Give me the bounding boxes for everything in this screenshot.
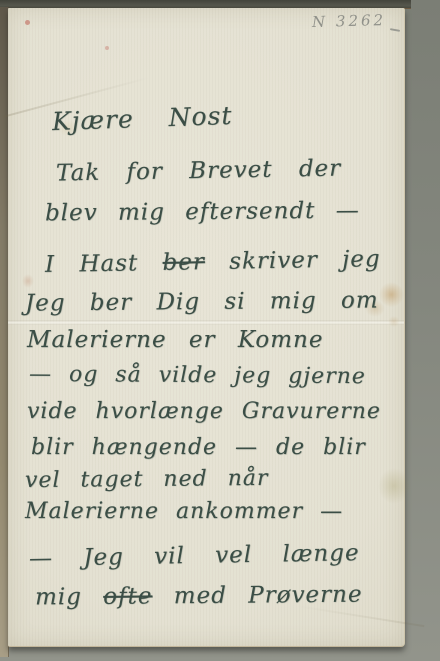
- handwriting-segment: med Prøverne: [152, 582, 362, 610]
- ink-speck: [105, 46, 109, 50]
- foxing-stain: [378, 468, 410, 504]
- struck-word: ofte: [103, 583, 152, 609]
- handwriting-line: Malerierne ankommer —: [25, 499, 343, 524]
- handwriting-line: Jeg ber Dig si mig om: [25, 287, 379, 316]
- foxing-stain: [388, 316, 400, 327]
- letter-photograph: N 3262 Kjære Nost Tak for Brevet der ble…: [0, 0, 440, 661]
- handwriting-line: — og så vilde jeg gjerne: [29, 362, 366, 389]
- struck-word: ber: [162, 249, 205, 276]
- horizontal-fold-crease: [8, 320, 404, 325]
- handwriting-segment: mig: [35, 584, 103, 611]
- foxing-stain: [22, 274, 34, 288]
- handwriting-line: mig ofte med Prøverne: [35, 582, 363, 611]
- handwriting-line: vide hvorlænge Gravurerne: [27, 399, 381, 424]
- handwriting-line: vel taget ned når: [25, 466, 269, 493]
- handwriting-line: blev mig eftersendt —: [45, 198, 360, 227]
- handwriting-line: blir hængende — de blir: [31, 435, 366, 460]
- handwriting-line: Tak for Brevet der: [56, 156, 342, 187]
- handwriting-segment: skriver jeg: [205, 246, 381, 275]
- handwriting-segment: I Hast: [45, 250, 163, 278]
- handwriting-line: Malerierne er Komne: [27, 327, 324, 353]
- ink-speck: [25, 20, 30, 25]
- catalog-number: N 3262: [312, 11, 387, 31]
